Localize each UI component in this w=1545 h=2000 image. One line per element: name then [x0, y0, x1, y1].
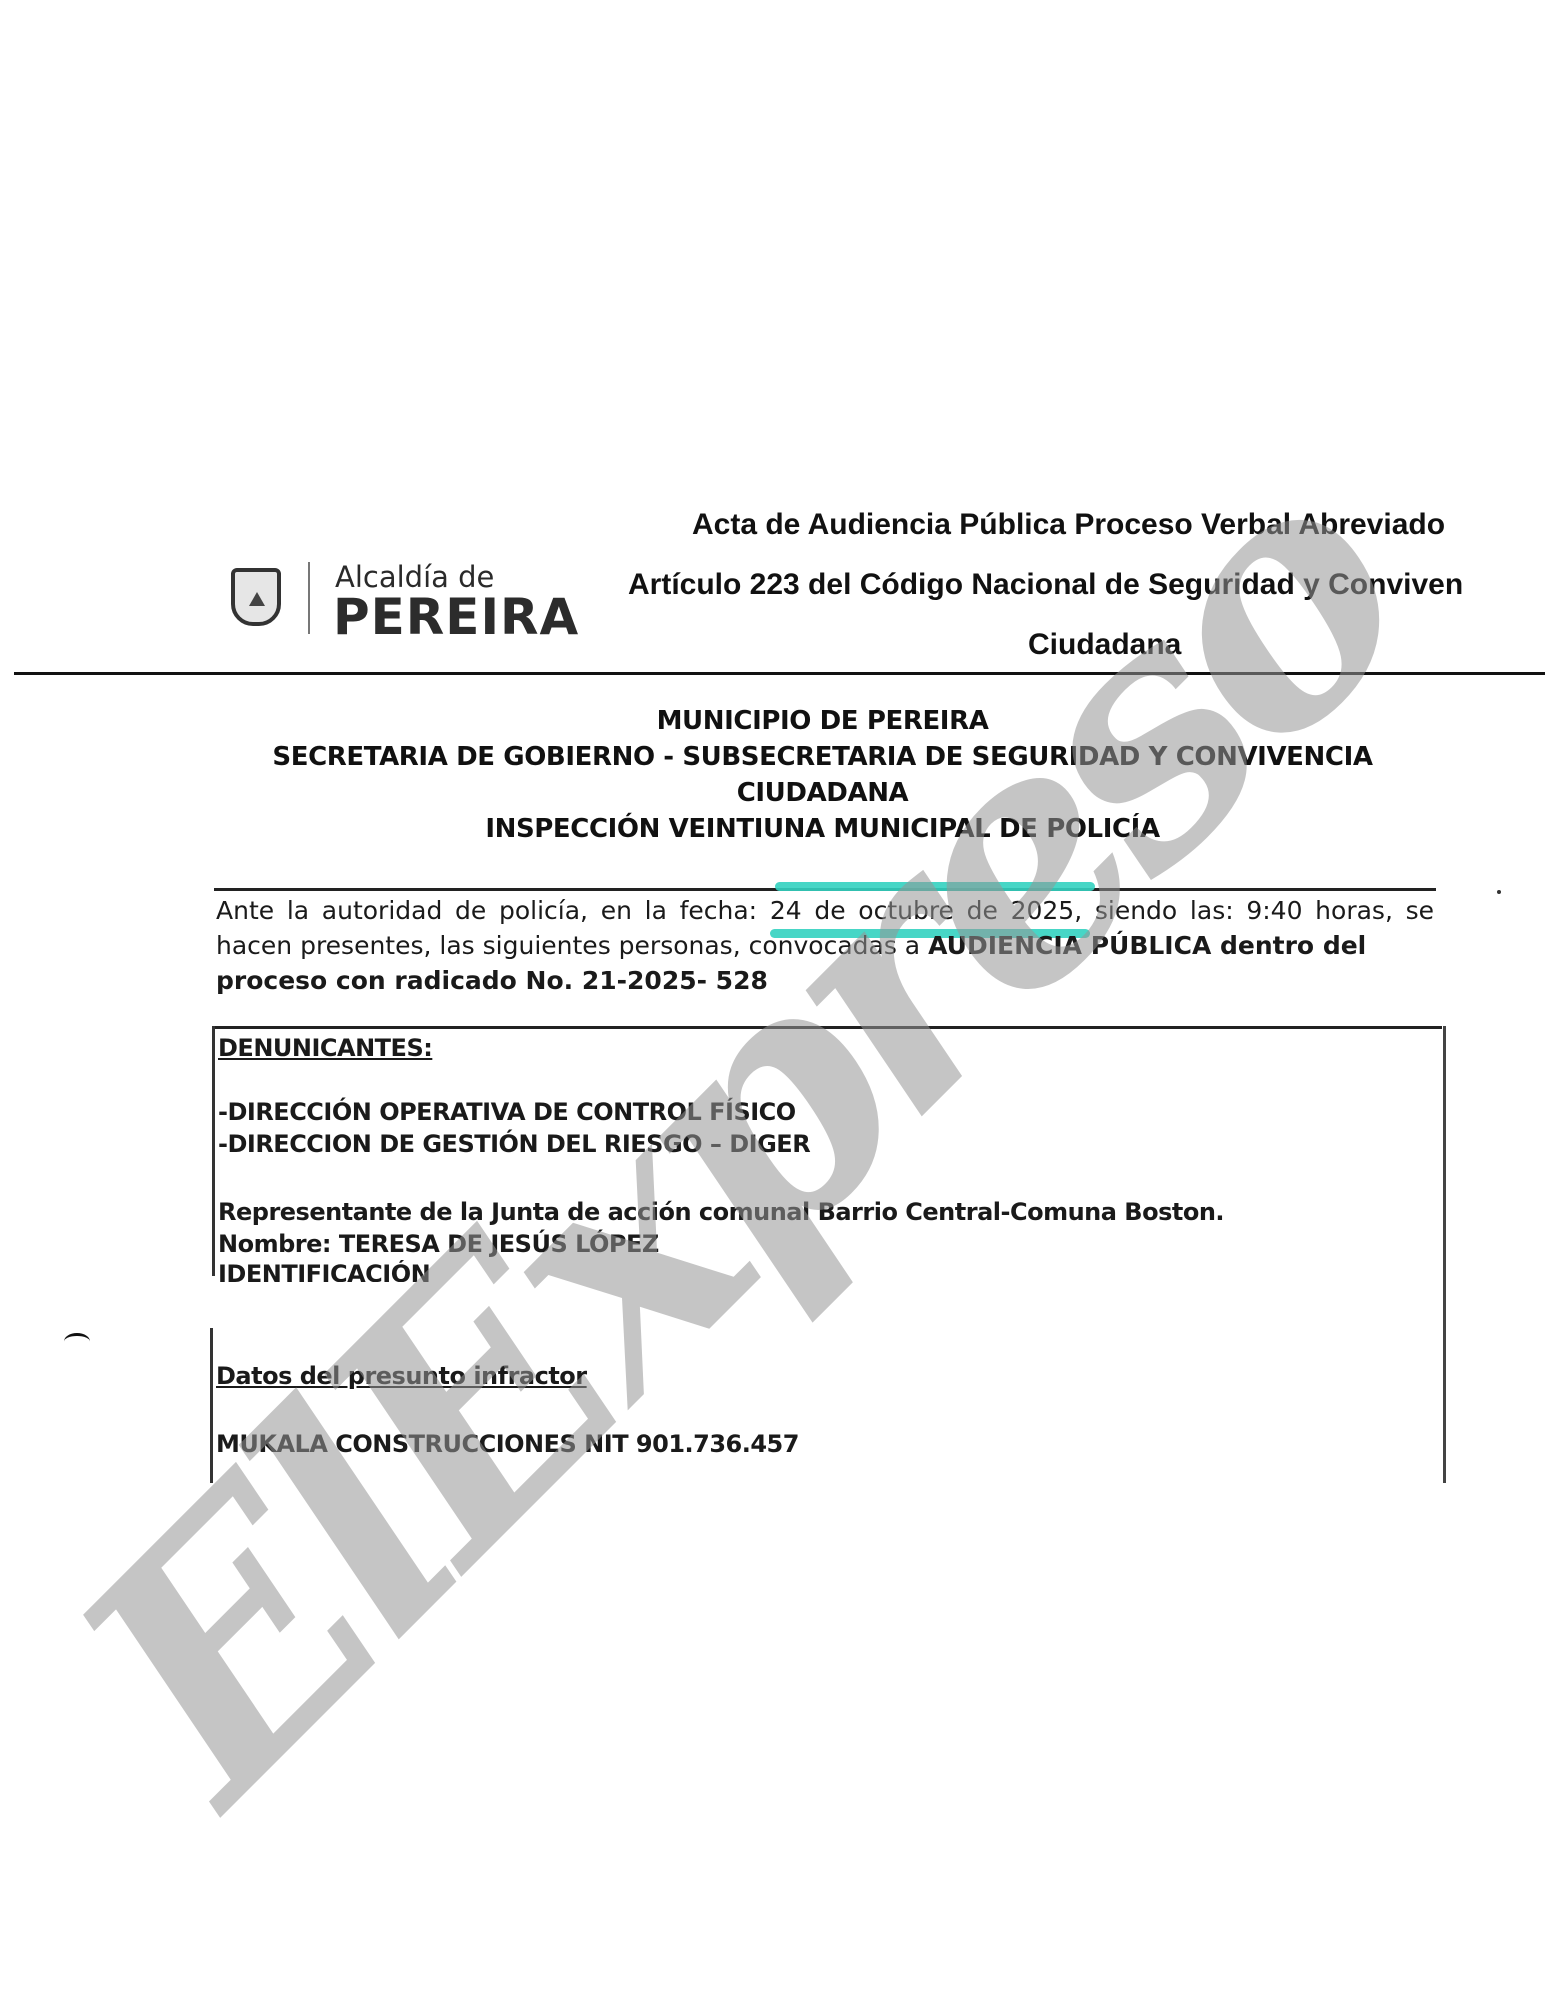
representative-name: Nombre: TERESA DE JESÚS LÓPEZ	[218, 1230, 659, 1258]
scan-artifact	[64, 1333, 90, 1350]
date-highlight-top	[775, 882, 1095, 891]
intro-paragraph: Ante la autoridad de policía, en la fech…	[216, 893, 1434, 998]
institution-line-1: MUNICIPIO DE PEREIRA	[200, 706, 1445, 736]
pereira-coat-of-arms-icon	[231, 568, 281, 626]
intro-text-1: Ante la autoridad de policía, en la fech…	[216, 896, 770, 925]
institution-line-3: CIUDADANA	[200, 778, 1445, 808]
hearing-date: 24 de octubre de 2025	[770, 896, 1074, 925]
complainants-label: DENUNICANTES:	[218, 1034, 432, 1062]
complainant-item: -DIRECCION DE GESTIÓN DEL RIESGO – DIGER	[218, 1130, 810, 1158]
case-number: proceso con radicado No. 21-2025- 528	[216, 963, 1434, 998]
offender-label: Datos del presunto infractor	[216, 1362, 587, 1390]
box-border-top	[212, 1026, 1442, 1029]
logo-title: PEREIRA	[333, 588, 579, 646]
box-border-right	[1443, 1026, 1446, 1483]
representative-line: Representante de la Junta de acción comu…	[218, 1198, 1224, 1226]
header-divider	[14, 672, 1545, 675]
logo-divider	[308, 562, 310, 634]
representative-id-label: IDENTIFICACIÓN	[218, 1260, 430, 1282]
document-title-line-2: Artículo 223 del Código Nacional de Segu…	[628, 568, 1463, 602]
box-border-left	[212, 1026, 215, 1276]
intro-bold-1: AUDIENCIA PÚBLICA dentro del	[928, 931, 1366, 960]
institution-line-4: INSPECCIÓN VEINTIUNA MUNICIPAL DE POLICÍ…	[200, 814, 1445, 844]
box-border-left-lower	[210, 1328, 213, 1483]
offender-name: MUKALA CONSTRUCCIONES NIT 901.736.457	[216, 1430, 799, 1458]
complainant-item: -DIRECCIÓN OPERATIVA DE CONTROL FÍSICO	[218, 1098, 796, 1126]
watermark: ElExpreso	[6, 320, 1545, 1867]
institution-line-2: SECRETARIA DE GOBIERNO - SUBSECRETARIA D…	[200, 742, 1445, 772]
document-title-line-1: Acta de Audiencia Pública Proceso Verbal…	[692, 508, 1445, 542]
document-title-line-3: Ciudadana	[1028, 628, 1181, 662]
scan-artifact	[1497, 890, 1501, 894]
